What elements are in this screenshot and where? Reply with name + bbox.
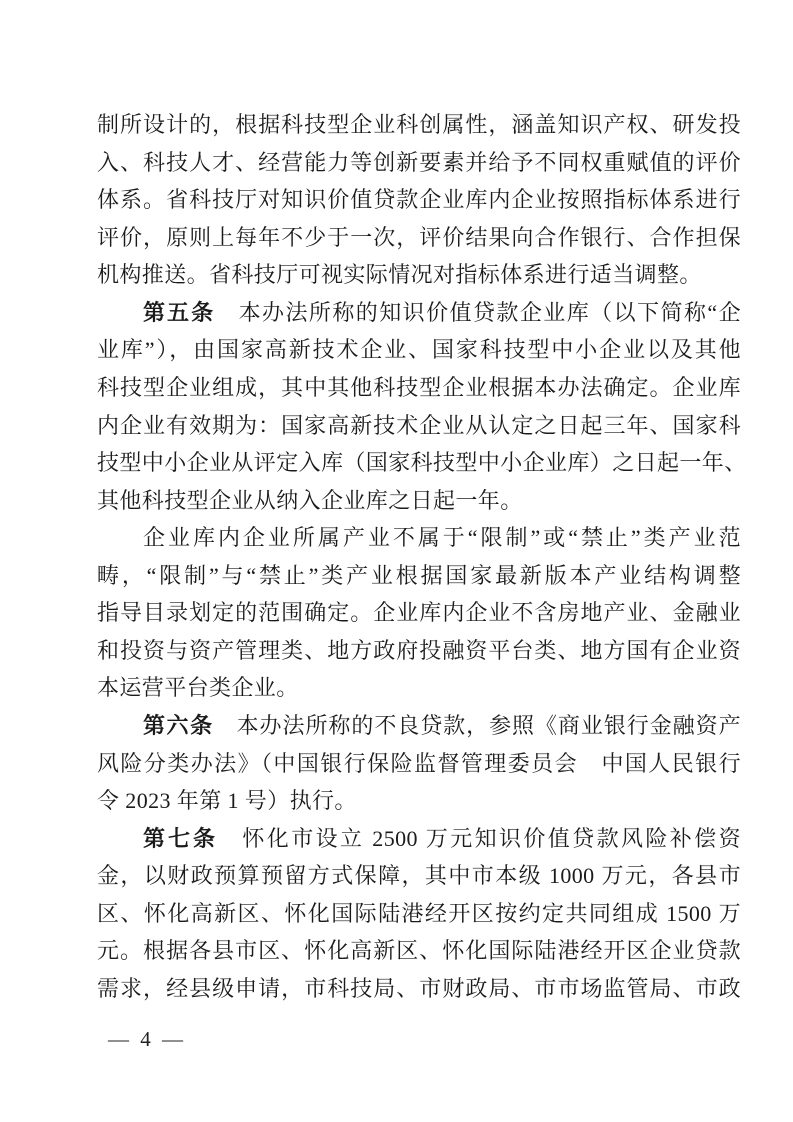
- article-6-line-1: 第六条 本办法所称的不良贷款，参照《商业银行金融资产: [97, 707, 741, 745]
- paragraph-continuation-line-5: 机构推送。省科技厅可视实际情况对指标体系进行适当调整。: [97, 256, 741, 294]
- paragraph-continuation-line-4: 评价，原则上每年不少于一次，评价结果向合作银行、合作担保: [97, 219, 741, 257]
- article-number: 第六条: [143, 713, 214, 738]
- paragraph-industry-scope-line-2: 畴，“限制”与“禁止”类产业根据国家最新版本产业结构调整: [97, 557, 741, 595]
- article-5-line-2: 业库”），由国家高新技术企业、国家科技型中小企业以及其他: [97, 331, 741, 369]
- document-body: 制所设计的，根据科技型企业科创属性，涵盖知识产权、研发投入、科技人才、经营能力等…: [97, 106, 741, 1008]
- article-5-line-5: 技型中小企业从评定入库（国家科技型中小企业库）之日起一年、: [97, 444, 741, 482]
- page-number: — 4 —: [108, 1024, 186, 1054]
- document-page: 制所设计的，根据科技型企业科创属性，涵盖知识产权、研发投入、科技人才、经营能力等…: [0, 0, 793, 1122]
- paragraph-industry-scope-line-1: 企业库内企业所属产业不属于“限制”或“禁止”类产业范: [97, 519, 741, 557]
- article-6-line-2: 风险分类办法》（中国银行保险监督管理委员会 中国人民银行: [97, 745, 741, 783]
- article-5-line-6: 其他科技型企业从纳入企业库之日起一年。: [97, 482, 741, 520]
- paragraph-continuation-line-2: 入、科技人才、经营能力等创新要素并给予不同权重赋值的评价: [97, 144, 741, 182]
- paragraph-continuation-line-1: 制所设计的，根据科技型企业科创属性，涵盖知识产权、研发投: [97, 106, 741, 144]
- article-7-line-1: 第七条 怀化市设立 2500 万元知识价值贷款风险补偿资: [97, 820, 741, 858]
- article-number: 第七条: [143, 826, 218, 851]
- article-5-line-3: 科技型企业组成，其中其他科技型企业根据本办法确定。企业库: [97, 369, 741, 407]
- article-7-line-4: 元。根据各县市区、怀化高新区、怀化国际陆港经开区企业贷款: [97, 932, 741, 970]
- article-7-line-3: 区、怀化高新区、怀化国际陆港经开区按约定共同组成 1500 万: [97, 895, 741, 933]
- article-5-line-4: 内企业有效期为：国家高新技术企业从认定之日起三年、国家科: [97, 407, 741, 445]
- article-5-line-1: 第五条 本办法所称的知识价值贷款企业库（以下简称“企: [97, 294, 741, 332]
- article-6-line-3: 令 2023 年第 1 号）执行。: [97, 782, 741, 820]
- article-7-line-2: 金，以财政预算预留方式保障，其中市本级 1000 万元，各县市: [97, 857, 741, 895]
- article-7-line-5: 需求，经县级申请，市科技局、市财政局、市市场监管局、市政: [97, 970, 741, 1008]
- article-number: 第五条: [143, 300, 215, 325]
- paragraph-industry-scope-line-3: 指导目录划定的范围确定。企业库内企业不含房地产业、金融业: [97, 594, 741, 632]
- paragraph-industry-scope-line-4: 和投资与资产管理类、地方政府投融资平台类、地方国有企业资: [97, 632, 741, 670]
- paragraph-continuation-line-3: 体系。省科技厅对知识价值贷款企业库内企业按照指标体系进行: [97, 181, 741, 219]
- paragraph-industry-scope-line-5: 本运营平台类企业。: [97, 669, 741, 707]
